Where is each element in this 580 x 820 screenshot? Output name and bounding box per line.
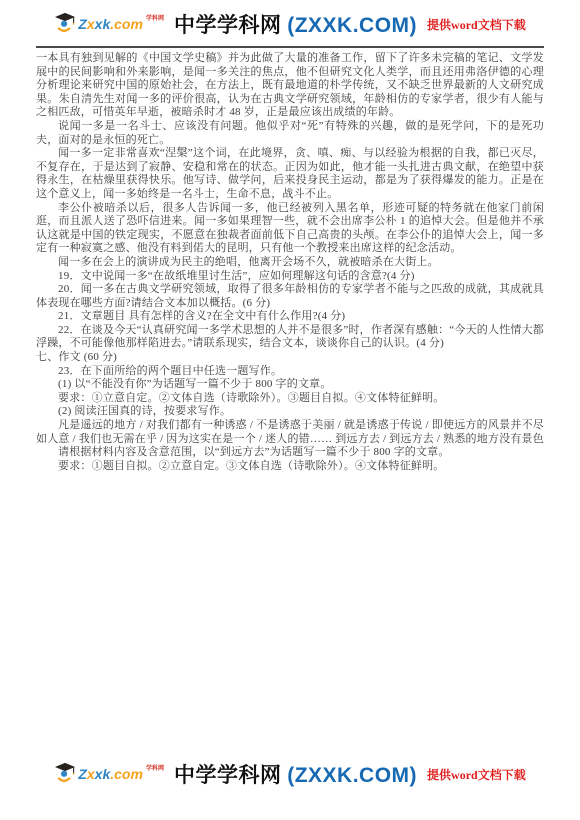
question-19: 19．文中说闻一多“在故纸堆里讨生活”，应如何理解这句话的含意?(4 分) [36,270,544,284]
section-title-essay: 七、作文 (60 分) [36,351,544,365]
question-20: 20．闻一多在古典文学研究领域，取得了很多年龄相仿的专家学者不能与之匹敌的成就，… [36,283,544,310]
graduation-cap-icon [54,12,76,37]
site-logo-link[interactable]: Zxxk.com 学科网 [54,12,164,37]
word-download-link[interactable]: 提供word文档下载 [427,16,526,33]
site-footer: Zxxk.com 学科网 中学学科网 (ZXXK.COM) 提供word文档下载 [36,750,544,796]
site-logo-link-footer[interactable]: Zxxk.com 学科网 [54,762,164,787]
site-header: Zxxk.com 学科网 中学学科网 (ZXXK.COM) 提供word文档下载 [36,0,544,48]
paragraph-nirvana: 闻一多一定非常喜欢“涅槃”这个词，在此境界，贪、嗔、痴、与以经验为根据的自我，都… [36,147,544,201]
essay-option-1: (1) 以“不能没有你”为话题写一篇不少于 800 字的文章。 [36,378,544,392]
paragraph-last-speech: 闻一多在会上的演讲成为民主的绝唱，他离开会场不久，就被暗杀在大街上。 [36,256,544,270]
document-body: 一本具有独到见解的《中国文学史稿》并为此做了大量的准备工作，留下了许多未完稿的笔… [36,52,544,473]
logo-subtext: 学科网 [146,16,164,23]
logo-wordmark: Zxxk.com [78,17,143,31]
question-23: 23．在下面所给的两个题目中任选一题写作。 [36,365,544,379]
essay-requirements-1: 要求：①立意自定。②文体自选（诗歌除外）。③题目自拟。④文体特征鲜明。 [36,392,544,406]
paragraph-fighter: 说闻一多是一名斗士、应该没有问题。他似乎对“死”有特殊的兴趣，做的是死学问，下的… [36,120,544,147]
site-domain: (ZXXK.COM) [287,14,417,37]
site-title-footer: 中学学科网 (ZXXK.COM) [174,759,417,789]
site-domain: (ZXXK.COM) [287,764,417,787]
logo-subtext: 学科网 [146,766,164,773]
question-22: 22．在谈及今天“认真研究闻一多学术思想的人并不是很多”时，作者深有感触：“今天… [36,324,544,351]
essay-requirements-2: 要求：①题目自拟。②立意自定。③文体自选（诗歌除外）。④文体特征鲜明。 [36,460,544,474]
site-title: 中学学科网 (ZXXK.COM) [174,9,417,39]
paragraph-assassination: 李公仆被暗杀以后，很多人告诉闻一多，他已经被列入黑名单，形迹可疑的特务就在他家门… [36,202,544,256]
question-21: 21．文章题目 具有怎样的含义?在全文中有什么作用?(4 分) [36,310,544,324]
exam-paper-page: Zxxk.com 学科网 中学学科网 (ZXXK.COM) 提供word文档下载… [0,0,580,820]
opening-paragraph: 一本具有独到见解的《中国文学史稿》并为此做了大量的准备工作，留下了许多未完稿的笔… [36,52,544,120]
graduation-cap-icon [54,762,76,787]
logo-wordmark: Zxxk.com [78,767,143,781]
poem-wang-guozhen: 凡是遥远的地方 / 对我们都有一种诱惑 / 不是诱惑于美丽 / 就是诱惑于传说 … [36,419,544,446]
essay-topic-2: 请根据材料内容及含意范围，以“到远方去”为话题写一篇不少于 800 字的文章。 [36,446,544,460]
word-download-link-footer[interactable]: 提供word文档下载 [427,766,526,783]
essay-option-2: (2) 阅读汪国真的诗，按要求写作。 [36,405,544,419]
